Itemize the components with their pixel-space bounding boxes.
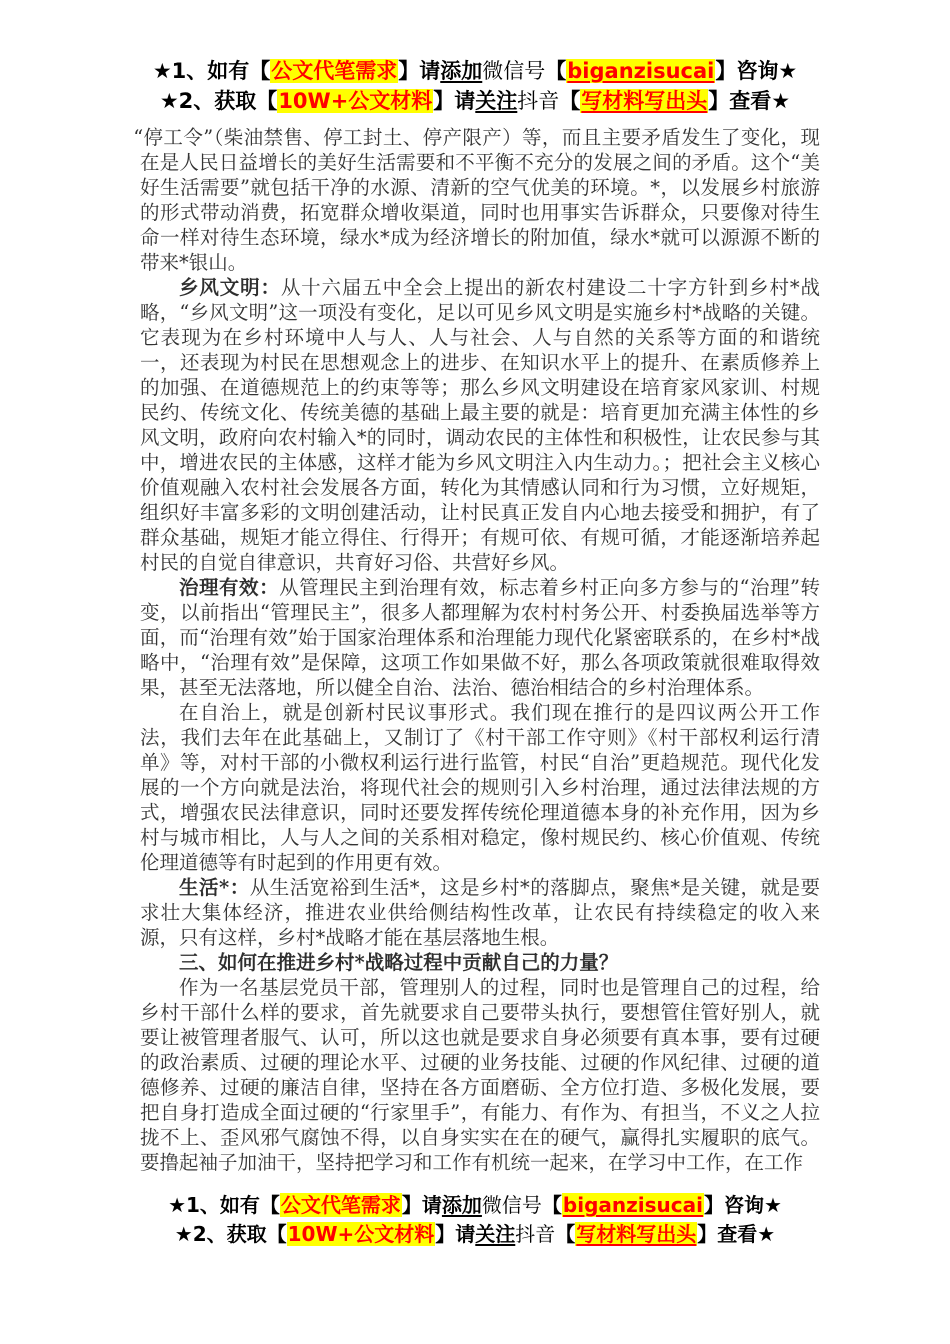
- promo-line-1: ★1、如有【公文代笔需求】请添加微信号【biganzisucai】咨询★: [0, 1191, 950, 1220]
- promo-line-2: ★2、获取【10W+公文材料】请关注抖音【写材料写出头】查看★: [0, 86, 950, 116]
- promo-highlight-materials: 10W+公文材料: [287, 1222, 436, 1246]
- paragraph-text: 从十六届五中全会上提出的新农村建设二十字方针到乡村*战略，“乡风文明”这一项没有…: [140, 276, 820, 574]
- promo-text: 微信号: [482, 1193, 542, 1217]
- document-page: ★1、如有【公文代笔需求】请添加微信号【biganzisucai】咨询★ ★2、…: [0, 0, 950, 1289]
- promo-underline-add: 添加: [440, 59, 482, 83]
- promo-underline-add: 添加: [442, 1193, 482, 1217]
- promo-highlight-service: 公文代笔需求: [280, 1193, 402, 1217]
- promo-banner-bottom: ★1、如有【公文代笔需求】请添加微信号【biganzisucai】咨询★ ★2、…: [0, 1191, 950, 1289]
- promo-underline-follow: 关注: [475, 1222, 515, 1246]
- promo-line-1: ★1、如有【公文代笔需求】请添加微信号【biganzisucai】咨询★: [0, 56, 950, 86]
- promo-text: ★2、获取【: [175, 1222, 287, 1246]
- section-heading: 三、如何在推进乡村*战略过程中贡献自己的力量？: [140, 950, 820, 975]
- promo-text: 】请: [433, 89, 475, 113]
- paragraph: 治理有效：从管理民主到治理有效，标志着乡村正向多方参与的“治理”转变，以前指出“…: [140, 575, 820, 700]
- promo-text: 】请: [398, 59, 440, 83]
- promo-text: 抖音: [515, 1222, 555, 1246]
- promo-text: 】咨询★: [704, 1193, 782, 1217]
- promo-text: 微信号: [482, 59, 545, 83]
- promo-text: ★1、如有【: [153, 59, 270, 83]
- paragraph-lead: 乡风文明：: [179, 276, 281, 299]
- promo-highlight-service: 公文代笔需求: [270, 59, 398, 83]
- paragraph-lead: 生活*：: [179, 876, 250, 899]
- section-heading-text: 三、如何在推进乡村*战略过程中贡献自己的力量？: [179, 951, 618, 974]
- promo-text: 抖音: [517, 89, 559, 113]
- promo-douyin-id: 写材料写出头: [580, 89, 708, 113]
- promo-text: 【: [559, 89, 580, 113]
- promo-line-2: ★2、获取【10W+公文材料】请关注抖音【写材料写出头】查看★: [0, 1220, 950, 1249]
- promo-banner-top: ★1、如有【公文代笔需求】请添加微信号【biganzisucai】咨询★ ★2、…: [0, 56, 950, 116]
- paragraph-text: “停工令”（柴油禁售、停工封土、停产限产）等，而且主要矛盾发生了变化，现在是人民…: [133, 126, 820, 274]
- document-body: “停工令”（柴油禁售、停工封土、停产限产）等，而且主要矛盾发生了变化，现在是人民…: [0, 125, 950, 1175]
- promo-text: 】咨询★: [715, 59, 797, 83]
- promo-text: 【: [545, 59, 566, 83]
- promo-text: 】请: [402, 1193, 442, 1217]
- promo-text: 【: [555, 1222, 575, 1246]
- promo-text: ★1、如有【: [168, 1193, 280, 1217]
- promo-underline-follow: 关注: [475, 89, 517, 113]
- promo-text: 】查看★: [697, 1222, 775, 1246]
- paragraph-lead: 治理有效：: [179, 576, 279, 599]
- paragraph: 生活*：从生活宽裕到生活*，这是乡村*的落脚点，聚焦*是关键，就是要求壮大集体经…: [140, 875, 820, 950]
- promo-text: ★2、获取【: [160, 89, 277, 113]
- promo-text: 【: [542, 1193, 562, 1217]
- paragraph: 在自治上，就是创新村民议事形式。我们现在推行的是四议两公开工作法，我们去年在此基…: [140, 700, 820, 875]
- paragraph: “停工令”（柴油禁售、停工封土、停产限产）等，而且主要矛盾发生了变化，现在是人民…: [140, 125, 820, 275]
- promo-text: 】请: [435, 1222, 475, 1246]
- promo-douyin-id: 写材料写出头: [575, 1222, 697, 1246]
- promo-wechat-id: biganzisucai: [562, 1193, 704, 1217]
- paragraph-text: 作为一名基层党员干部，管理别人的过程，同时也是管理自己的过程，给乡村干部什么样的…: [140, 976, 820, 1174]
- promo-wechat-id: biganzisucai: [566, 59, 715, 83]
- paragraph-text: 在自治上，就是创新村民议事形式。我们现在推行的是四议两公开工作法，我们去年在此基…: [140, 701, 820, 874]
- promo-highlight-materials: 10W+公文材料: [277, 89, 433, 113]
- promo-text: 】查看★: [708, 89, 790, 113]
- paragraph: 作为一名基层党员干部，管理别人的过程，同时也是管理自己的过程，给乡村干部什么样的…: [140, 975, 820, 1175]
- paragraph: 乡风文明：从十六届五中全会上提出的新农村建设二十字方针到乡村*战略，“乡风文明”…: [140, 275, 820, 575]
